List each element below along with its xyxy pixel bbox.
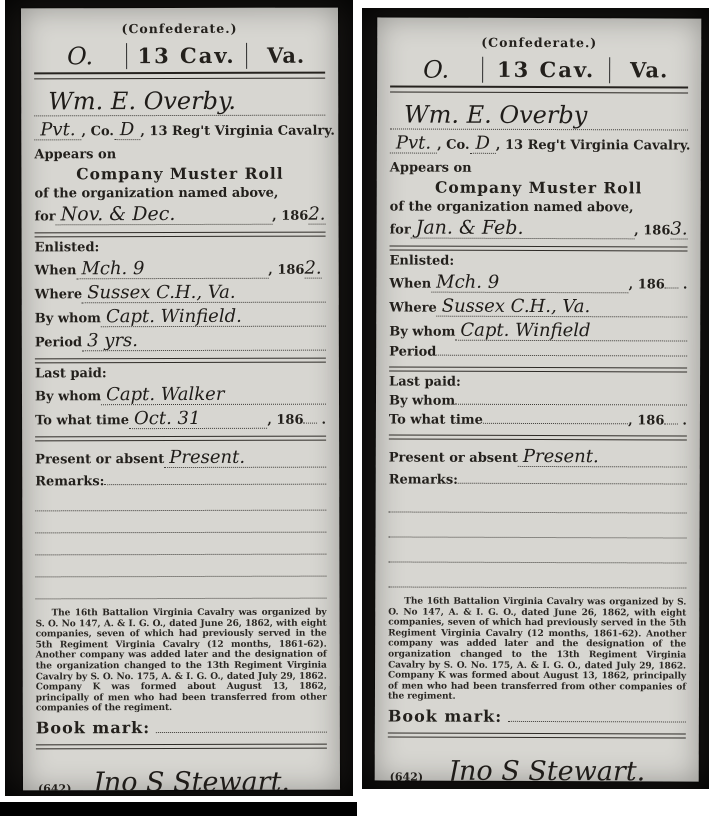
book-mark-label: Book mark: (36, 718, 150, 737)
paid-tail: . (318, 413, 327, 428)
organization-line: of the organization named above, (34, 186, 325, 202)
present-field: Present or absent Present. (35, 448, 326, 469)
rank-value: Pvt. (390, 133, 437, 153)
state-abbrev: Va. (609, 57, 688, 83)
where-label: Where (389, 300, 437, 315)
last-paid-heading: Last paid: (389, 374, 687, 390)
paid-tail: . (678, 413, 687, 428)
card-right-content: (Confederate.) O. 13 Cav. Va. Wm. E. Ove… (375, 17, 702, 781)
when-value: Mch. 9 (431, 273, 629, 294)
abstract-letter: O. (34, 43, 126, 69)
paid-to-value (483, 423, 628, 425)
soldier-name: Wm. E. Overby. (34, 88, 325, 117)
year-prefix: , 186 (628, 413, 664, 428)
remarks-line (104, 484, 326, 486)
battalion-history-note: The 16th Battalion Virginia Cavalry was … (36, 608, 327, 715)
remarks-blank-line (388, 537, 686, 563)
regiment-label: , 13 Reg't Virginia Cavalry. (140, 124, 335, 140)
scan-edge-strip (0, 802, 357, 816)
when-field: When Mch. 9 , 186 . (389, 272, 687, 293)
where-label: Where (35, 287, 82, 302)
muster-card-left: (Confederate.) O. 13 Cav. Va. Wm. E. Ove… (21, 8, 340, 791)
signature-area: (642) Jno S Stewart. Copyist. (388, 741, 686, 781)
copyist-signature: Jno S Stewart. (434, 758, 660, 782)
regiment-label: , 13 Reg't Virginia Cavalry. (496, 138, 691, 154)
paid-year-digit (304, 423, 318, 424)
section-divider (35, 358, 326, 364)
abstract-letter: O. (390, 56, 482, 82)
section-divider (35, 436, 326, 442)
company-letter: D (469, 134, 496, 154)
when-label: When (389, 276, 431, 291)
period-label: Period (389, 344, 436, 359)
enlisted-heading: Enlisted: (35, 240, 326, 256)
battalion-history-note: The 16th Battalion Virginia Cavalry was … (388, 596, 686, 703)
section-divider (389, 366, 687, 372)
paid-by-value: Capt. Walker (101, 385, 326, 406)
enlisted-by-value: Capt. Winfield (455, 321, 687, 342)
by-whom-label: By whom (389, 324, 455, 339)
confederate-label: (Confederate.) (390, 34, 688, 50)
enlisted-by-field: By whom Capt. Winfield (389, 320, 687, 341)
appears-on-label: Appears on (390, 160, 688, 176)
by-whom-label: By whom (389, 393, 455, 408)
paid-to-field: To what time , 186 . (389, 412, 687, 428)
period-field: Period (389, 344, 687, 360)
book-mark-label: Book mark: (388, 706, 502, 725)
paid-by-field: By whom (389, 393, 687, 409)
photo-right: (Confederate.) O. 13 Cav. Va. Wm. E. Ove… (362, 8, 709, 789)
copyist-signature: Jno S Stewart. (82, 769, 301, 791)
by-whom-label: By whom (35, 389, 101, 404)
where-value: Sussex C.H., Va. (437, 297, 688, 318)
section-divider (389, 434, 687, 440)
year-prefix: , 186 (268, 263, 304, 278)
rank-value: Pvt. (34, 120, 81, 140)
soldier-name: Wm. E. Overby (390, 101, 688, 130)
muster-period-value: Jan. & Feb. (411, 219, 635, 240)
remarks-blank-line (388, 562, 686, 588)
header-divider (34, 72, 325, 80)
state-abbrev: Va. (246, 43, 325, 69)
plate-number: (642) (390, 770, 423, 781)
header-row: O. 13 Cav. Va. (390, 50, 688, 83)
section-divider (390, 245, 688, 251)
book-mark-field: Book mark: (36, 718, 327, 738)
remarks-blank-line (389, 487, 687, 513)
where-value: Sussex C.H., Va. (82, 283, 326, 304)
remarks-blank-line (389, 512, 687, 538)
section-divider (35, 232, 326, 238)
book-mark-field: Book mark: (388, 706, 686, 726)
last-paid-heading: Last paid: (35, 366, 326, 382)
remarks-label: Remarks: (389, 472, 458, 487)
muster-period-field: for Jan. & Feb. , 186 3. (390, 218, 688, 239)
remarks-field: Remarks: (35, 474, 326, 490)
remarks-blank-line (35, 577, 326, 600)
period-field: Period 3 yrs. (35, 331, 326, 352)
enlisted-heading: Enlisted: (389, 253, 687, 269)
card-left-content: (Confederate.) O. 13 Cav. Va. Wm. E. Ove… (21, 8, 340, 791)
present-label: Present or absent (35, 452, 164, 467)
when-field: When Mch. 9 , 186 2. (35, 259, 326, 280)
present-label: Present or absent (389, 450, 518, 465)
when-year-digit (665, 287, 679, 288)
plate-number: (642) (38, 782, 71, 790)
company-prefix: , Co. (437, 138, 469, 153)
muster-period-value: Nov. & Dec. (56, 205, 273, 226)
paid-by-value (455, 404, 687, 406)
footer-divider (388, 732, 686, 738)
year-prefix: , 186 (272, 209, 308, 224)
unit-number: 13 Cav. (482, 57, 609, 83)
where-field: Where Sussex C.H., Va. (389, 296, 687, 317)
when-label: When (35, 263, 77, 278)
enlisted-by-field: By whom Capt. Winfield. (35, 307, 326, 328)
remarks-line (458, 483, 687, 485)
period-value (436, 355, 687, 357)
muster-year-digit: 2. (308, 205, 325, 225)
present-value: Present. (164, 448, 326, 468)
paid-to-value: Oct. 31 (129, 409, 267, 429)
period-label: Period (35, 335, 82, 350)
paid-to-field: To what time Oct. 31 , 186 . (35, 409, 326, 430)
for-label: for (35, 209, 56, 224)
appears-on-label: Appears on (34, 147, 325, 163)
remarks-blank-line (35, 533, 326, 556)
remarks-blank-line (35, 489, 326, 512)
company-letter: D (114, 120, 140, 140)
remarks-field: Remarks: (389, 472, 687, 488)
paid-by-field: By whom Capt. Walker (35, 385, 326, 406)
muster-year-digit: 3. (670, 219, 687, 239)
organization-line: of the organization named above, (390, 199, 688, 215)
header-divider (390, 85, 688, 93)
footer-divider (36, 744, 327, 750)
book-mark-line (156, 718, 327, 733)
where-field: Where Sussex C.H., Va. (35, 283, 326, 304)
unit-number: 13 Cav. (126, 43, 246, 69)
rank-line: Pvt. , Co. D , 13 Reg't Virginia Cavalry… (390, 133, 688, 154)
when-tail: . (679, 277, 688, 292)
photo-left: (Confederate.) O. 13 Cav. Va. Wm. E. Ove… (5, 0, 353, 796)
remarks-label: Remarks: (35, 474, 104, 489)
rank-line: Pvt. , Co. D , 13 Reg't Virginia Cavalry… (34, 120, 325, 141)
header-row: O. 13 Cav. Va. (34, 37, 325, 70)
present-field: Present or absent Present. (389, 446, 687, 467)
paid-year-digit (664, 423, 678, 424)
for-label: for (390, 222, 411, 237)
by-whom-label: By whom (35, 311, 101, 326)
period-value: 3 yrs. (82, 331, 326, 352)
year-prefix: , 186 (267, 413, 303, 428)
enlisted-by-value: Capt. Winfield. (101, 307, 326, 328)
remarks-blank-line (35, 555, 326, 578)
muster-roll-title: Company Muster Roll (34, 164, 325, 184)
year-prefix: , 186 (634, 223, 670, 238)
to-what-time-label: To what time (35, 413, 129, 428)
remarks-blank-line (35, 511, 326, 534)
confederate-label: (Confederate.) (34, 21, 325, 37)
muster-roll-title: Company Muster Roll (390, 177, 688, 197)
book-mark-line (508, 707, 686, 723)
to-what-time-label: To what time (389, 412, 483, 427)
company-prefix: , Co. (82, 124, 114, 139)
muster-card-right: (Confederate.) O. 13 Cav. Va. Wm. E. Ove… (375, 17, 702, 781)
when-value: Mch. 9 (76, 259, 268, 280)
year-prefix: , 186 (629, 277, 665, 292)
muster-period-field: for Nov. & Dec. , 186 2. (34, 205, 325, 226)
signature-area: (642) Jno S Stewart. Copyist. (36, 753, 327, 791)
when-year-digit: 2. (304, 259, 321, 279)
present-value: Present. (518, 447, 687, 468)
